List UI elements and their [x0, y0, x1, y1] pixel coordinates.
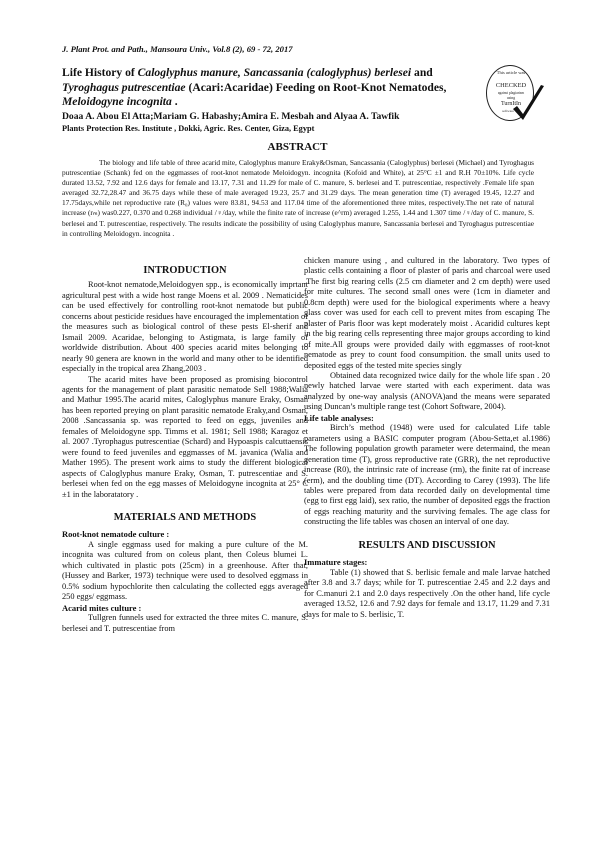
paper-title: Life History of Caloglyphus manure, Sanc… — [62, 66, 474, 110]
title-text: and — [411, 66, 433, 79]
methods-paragraph: Tullgren funnels used for extracted the … — [62, 613, 308, 634]
title-text: . — [172, 95, 178, 108]
intro-paragraph: The acarid mites have been proposed as p… — [62, 375, 308, 500]
methods-paragraph: Obtained data recognized twice daily for… — [304, 371, 550, 413]
title-text: (Acari:Acaridae) Feeding on Root-Knot Ne… — [186, 81, 447, 94]
immature-stages-subheading: Immature stages: — [304, 557, 550, 567]
nematode-culture-subheading: Root-knot nematode culture : — [62, 529, 308, 539]
affiliation: Plants Protection Res. Institute , Dokki… — [62, 123, 474, 134]
mites-culture-subheading: Acarid mites culture : — [62, 603, 308, 613]
title-block: Life History of Caloglyphus manure, Sanc… — [62, 66, 474, 134]
title-species: Tyroghagus putrescentiae — [62, 81, 186, 94]
title-species: Caloglyphus manure, Sancassania (calogly… — [138, 66, 411, 79]
title-species: Meloidogyne incognita — [62, 95, 172, 108]
checkmark-icon — [510, 83, 546, 123]
results-paragraph: Table (1) showed that S. berlisic female… — [304, 568, 550, 620]
journal-citation: J. Plant Prot. and Path., Mansoura Univ.… — [62, 44, 293, 54]
abstract-text: The biology and life table of three acar… — [62, 158, 534, 239]
intro-paragraph: Root-knot nematode,Meloidogyen spp., is … — [62, 280, 308, 374]
authors: Doaa A. Abou El Atta;Mariam G. Habashy;A… — [62, 111, 474, 123]
life-table-subheading: Life table analyses: — [304, 413, 550, 423]
methods-paragraph: chicken manure using , and cultured in t… — [304, 256, 550, 371]
abstract-body: The biology and life table of three acar… — [62, 158, 534, 239]
stamp-text: This article was — [482, 70, 540, 75]
introduction-heading: INTRODUCTION — [62, 266, 308, 276]
plagiarism-check-stamp: This article was CHECKED against plagiar… — [482, 63, 548, 123]
methods-heading: MATERIALS AND METHODS — [62, 513, 308, 523]
abstract-heading: ABSTRACT — [0, 141, 595, 153]
methods-paragraph: Birch’s method (1948) were used for calc… — [304, 423, 550, 528]
title-text: Life History of — [62, 66, 138, 79]
results-heading: RESULTS AND DISCUSSION — [304, 541, 550, 551]
left-column: INTRODUCTION Root-knot nematode,Meloidog… — [62, 266, 308, 634]
methods-paragraph: A single eggmass used for making a pure … — [62, 540, 308, 603]
right-column: chicken manure using , and cultured in t… — [304, 256, 550, 620]
